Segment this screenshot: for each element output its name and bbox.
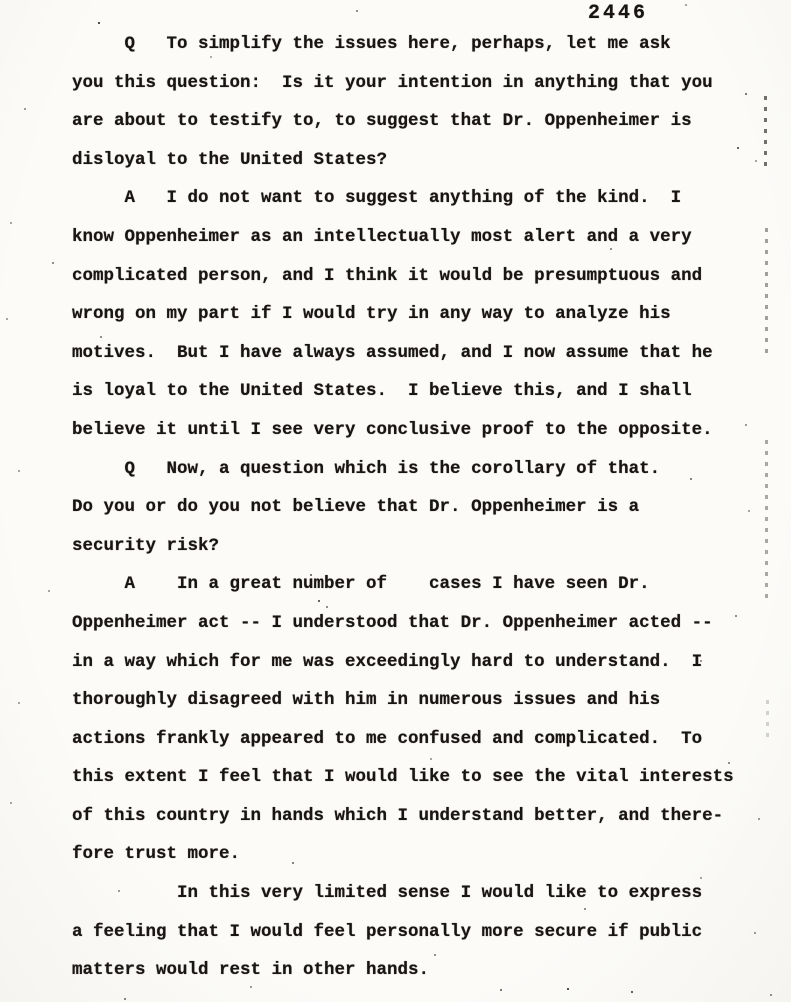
transcript-line: a feeling that I would feel personally m… xyxy=(72,913,772,952)
scan-artifact-dashed-line xyxy=(764,96,767,168)
transcript-line: Q Now, a question which is the corollary… xyxy=(72,450,772,489)
transcript-line: you this question: Is it your intention … xyxy=(72,64,772,103)
transcript-line: In this very limited sense I would like … xyxy=(72,874,772,913)
transcript-line: motives. But I have always assumed, and … xyxy=(72,334,772,373)
transcript-line: A In a great number of cases I have seen… xyxy=(72,565,772,604)
transcript-line: believe it until I see very conclusive p… xyxy=(72,411,772,450)
transcript-text-block: Q To simplify the issues here, perhaps, … xyxy=(72,25,772,990)
scan-artifact-dashed-line xyxy=(765,228,768,358)
transcript-line: fore trust more. xyxy=(72,835,772,874)
transcript-line: this extent I feel that I would like to … xyxy=(72,758,772,797)
scan-artifact-dashed-line xyxy=(766,700,769,740)
transcript-line: Q To simplify the issues here, perhaps, … xyxy=(72,25,772,64)
transcript-line: A I do not want to suggest anything of t… xyxy=(72,179,772,218)
transcript-line: is loyal to the United States. I believe… xyxy=(72,372,772,411)
scan-artifact-dashed-line xyxy=(765,440,768,605)
transcript-line: security risk? xyxy=(72,527,772,566)
transcript-line: Oppenheimer act -- I understood that Dr.… xyxy=(72,604,772,643)
transcript-line: know Oppenheimer as an intellectually mo… xyxy=(72,218,772,257)
transcript-page: 2446 Q To simplify the issues here, perh… xyxy=(0,0,791,1002)
page-number: 2446 xyxy=(588,2,648,25)
transcript-line: disloyal to the United States? xyxy=(72,141,772,180)
transcript-line: Do you or do you not believe that Dr. Op… xyxy=(72,488,772,527)
transcript-line: are about to testify to, to suggest that… xyxy=(72,102,772,141)
transcript-line: in a way which for me was exceedingly ha… xyxy=(72,643,772,682)
scan-artifact-specks xyxy=(0,0,2,2)
transcript-line: thoroughly disagreed with him in numerou… xyxy=(72,681,772,720)
transcript-line: matters would rest in other hands. xyxy=(72,951,772,990)
transcript-line: wrong on my part if I would try in any w… xyxy=(72,295,772,334)
transcript-line: actions frankly appeared to me confused … xyxy=(72,720,772,759)
transcript-line: complicated person, and I think it would… xyxy=(72,257,772,296)
transcript-line: of this country in hands which I underst… xyxy=(72,797,772,836)
